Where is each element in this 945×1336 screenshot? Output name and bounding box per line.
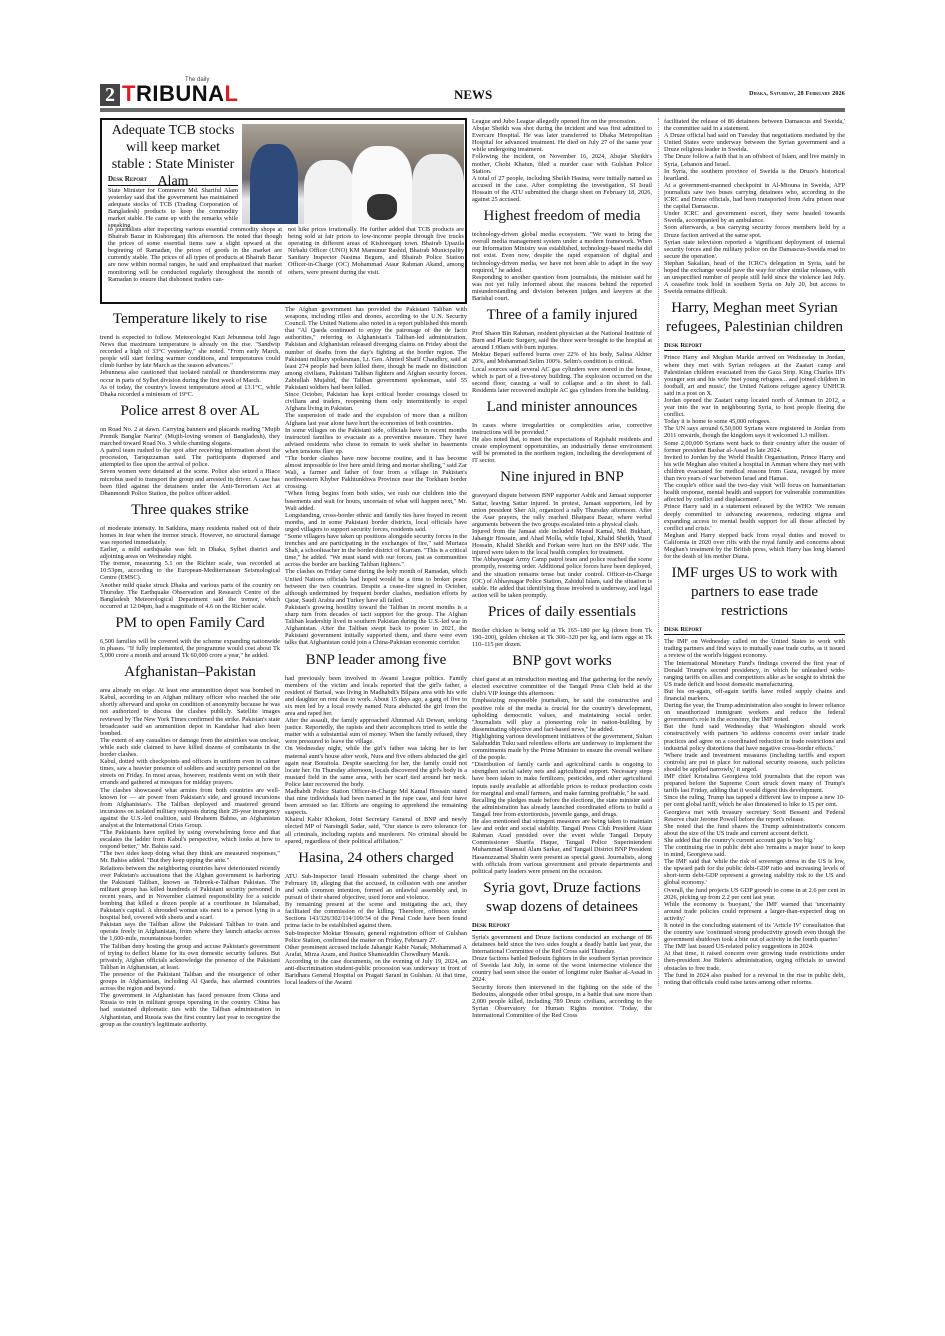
article-paragraph: After the assault, the family approached…: [285, 717, 467, 745]
article-paragraph: In Syria, the southern province of Sweid…: [664, 168, 845, 182]
article-headline: BNP govt works: [472, 652, 652, 671]
article-paragraph: Under ICRC and government escort, they w…: [664, 210, 845, 224]
article-paragraph: Syrian state television reported a 'sign…: [664, 239, 845, 260]
article-paragraph: The Afghan government has provided the P…: [285, 306, 467, 391]
article-paragraph: It noted in the concluding statement of …: [664, 922, 845, 943]
lead-body-right: not hike prices irrationally. He further…: [288, 226, 464, 276]
article: Land minister announcesIn cases where ir…: [472, 398, 652, 465]
article-paragraph: She added that the country's current acc…: [664, 837, 845, 844]
article-headline: Three of a family injured: [472, 306, 652, 325]
article-paragraph: The Abhaynagar Army Camp patrol team and…: [472, 556, 652, 599]
article-paragraph: 'Where trade and investment measures (in…: [664, 752, 845, 773]
article-paragraph: Sub-Inspector Moktar Hossain, general re…: [285, 930, 467, 944]
newspaper-logo: TRIBUNAL: [122, 82, 238, 106]
article-paragraph: Stephan Sakalian, head of the ICRC's del…: [664, 260, 845, 295]
article-paragraph: But the fund said Wednesday that Washing…: [664, 723, 845, 751]
article-paragraph: A Druze official had said on Tuesday tha…: [664, 132, 845, 153]
photo-figure: [304, 160, 354, 224]
article-paragraph: Today it is home to some 45,000 refugees…: [664, 418, 845, 425]
article-paragraph: Invited to Jordan by the World Health Or…: [664, 454, 845, 482]
article-paragraph: The IMF said that 'while the risk of sov…: [664, 858, 845, 886]
article-paragraph: On Wednesday night, while the girl's fat…: [285, 745, 467, 788]
article-paragraph: In some villages on the Pakistani side, …: [285, 427, 467, 455]
article-paragraph: The fund in 2024 also pushed for a rever…: [664, 972, 845, 986]
article-paragraph: By remaining present at the scene and in…: [285, 901, 467, 929]
article-paragraph: Broiler chicken is being sold at Tk 165–…: [472, 627, 652, 648]
column-2: The Afghan government has provided the P…: [285, 306, 467, 986]
article-headline: BNP leader among five: [285, 651, 467, 670]
column-1: Temperature likely to risetrend is expec…: [100, 306, 280, 1028]
article-paragraph: Following the incident, on November 16, …: [472, 153, 652, 174]
article-headline: Highest freedom of media: [472, 207, 652, 226]
article-paragraph: Other prominent accused include Jahangir…: [285, 944, 467, 958]
article-paragraph: Jebunnesa also cautioned that isolated r…: [100, 369, 280, 383]
article-paragraph: Relations between the neighboring countr…: [100, 865, 280, 922]
article-headline: Temperature likely to rise: [100, 310, 280, 329]
article: Temperature likely to risetrend is expec…: [100, 310, 280, 398]
article-paragraph: The suspension of trade and the expulsio…: [285, 412, 467, 426]
article-headline: IMF urges US to work with partners to ea…: [664, 564, 845, 621]
article-paragraph: She noted that the fund shares the Trump…: [664, 823, 845, 837]
lead-byline: Desk Report: [108, 175, 238, 186]
article-paragraph: But his on-again, off-again tariffs have…: [664, 688, 845, 702]
article-paragraph: A total of 27 people, including Sheikh H…: [472, 175, 652, 203]
column-4: facilitated the release of 86 detainees …: [658, 118, 845, 986]
article-paragraph: League and Jubo League allegedly opened …: [472, 118, 652, 125]
article-paragraph: According to the case documents, on the …: [285, 958, 467, 986]
article-paragraph: Since October, Pakistan has kept critica…: [285, 391, 467, 412]
article-paragraph: "The Pakistanis have replied by using ov…: [100, 829, 280, 850]
masthead: 2 TRIBUNAL The daily NEWS Dhaka, Saturda…: [100, 78, 845, 106]
article: Nine injured in BNPgraveyard dispute bet…: [472, 468, 652, 598]
article-paragraph: of moderate intensity. In Satkhira, many…: [100, 525, 280, 546]
article-paragraph: "Distribution of family cards and agricu…: [472, 761, 652, 796]
article: The Afghan government has provided the P…: [285, 306, 467, 647]
article-paragraph: While the economy is 'buoyant,' the IMF …: [664, 901, 845, 922]
article-byline: Desk Report: [664, 626, 845, 635]
article: IMF urges US to work with partners to ea…: [664, 564, 845, 986]
article-paragraph: area already on edge. At least one ammun…: [100, 687, 280, 737]
article-paragraph: Some 2,00,000 Syrians went back to their…: [664, 440, 845, 454]
section-title: NEWS: [454, 87, 492, 103]
article-paragraph: The presence of the Pakistani Taliban an…: [100, 971, 280, 992]
article-paragraph: "The border clashes have now become rout…: [285, 455, 467, 490]
article-paragraph: He also mentioned that stringent measure…: [472, 818, 652, 875]
article-headline: PM to open Family Card: [100, 614, 280, 633]
article-paragraph: Since the ruling, Trump has tapped a dif…: [664, 794, 845, 808]
article-paragraph: Prince Harry and Meghan Markle arrived o…: [664, 354, 845, 397]
article: BNP govt workschief guest at an introduc…: [472, 652, 652, 875]
article-paragraph: trend is expected to follow. Meteorologi…: [100, 334, 280, 369]
article-headline: Harry, Meghan meet Syrian refugees, Pale…: [664, 299, 845, 337]
article-headline: Prices of daily essentials: [472, 603, 652, 622]
article-paragraph: facilitated the release of 86 detainees …: [664, 118, 845, 132]
article-paragraph: Injured from the Jamaat side included Ma…: [472, 528, 652, 556]
photo-figure: [412, 154, 464, 224]
article: Prices of daily essentialsBroiler chicke…: [472, 603, 652, 648]
article: PM to open Family Card6,500 families wil…: [100, 614, 280, 659]
article-paragraph: Seven women were detained at the scene. …: [100, 468, 280, 496]
article-paragraph: Security forces then intervened in the f…: [472, 984, 652, 1019]
article-headline: Syria govt, Druze factions swap dozens o…: [472, 879, 652, 917]
article-paragraph: "Some villagers have taken up positions …: [285, 533, 467, 568]
article-paragraph: Recalling the pledges made before the el…: [472, 797, 652, 818]
article-paragraph: technology-driven global media ecosystem…: [472, 231, 652, 274]
article-headline: Three quakes strike: [100, 501, 280, 520]
article-paragraph: chief guest at an introduction meeting a…: [472, 676, 652, 697]
page-content: Adequate TCB stocks will keep market sta…: [100, 112, 845, 1252]
article: Three quakes strikeof moderate intensity…: [100, 501, 280, 610]
article-paragraph: 6,500 families will be covered with the …: [100, 638, 280, 659]
article: Afghanistan–Pakistanarea already on edge…: [100, 663, 280, 1028]
article-paragraph: Kabul, dotted with checkpoints and offic…: [100, 758, 280, 786]
lead-intro: State Minister for Commerce Md. Shariful…: [108, 187, 238, 230]
article-byline: Desk Report: [472, 922, 652, 931]
logo-tagline: The daily: [185, 77, 209, 83]
article-paragraph: Highlighting various development initiat…: [472, 733, 652, 761]
article-paragraph: Overall, the fund projects US GDP growth…: [664, 887, 845, 901]
article-headline: Land minister announces: [472, 398, 652, 417]
article-paragraph: Khairul Kabir Khokon, Joint Secretary Ge…: [285, 816, 467, 844]
lead-photo: [242, 124, 464, 224]
article-headline: Hasina, 24 others charged: [285, 849, 467, 868]
article-paragraph: Earlier, a mild earthquake was felt in D…: [100, 546, 280, 560]
article-paragraph: As of today, the country's lowest temper…: [100, 384, 280, 398]
photo-figure: [250, 144, 298, 224]
article-paragraph: During the year, the Trump administratio…: [664, 702, 845, 723]
article-paragraph: The IMF last issued US-related policy su…: [664, 943, 845, 950]
article-paragraph: "When firing begins from both sides, we …: [285, 490, 467, 511]
article-paragraph: The IMF on Wednesday called on the Unite…: [664, 638, 845, 659]
dateline: Dhaka, Saturday, 28 February 2026: [749, 91, 845, 97]
article: Harry, Meghan meet Syrian refugees, Pale…: [664, 299, 845, 560]
article-headline: Afghanistan–Pakistan: [100, 663, 280, 682]
article-paragraph: Moktar Bepari suffered burns over 22% of…: [472, 351, 652, 365]
article-paragraph: Meghan and Harry stepped back from royal…: [664, 532, 845, 560]
article-paragraph: In cases where irregularities or complex…: [472, 422, 652, 436]
article: Syria govt, Druze factions swap dozens o…: [472, 879, 652, 1019]
article-paragraph: Syria's government and Druze factions co…: [472, 934, 652, 955]
article-paragraph: Jordan opened the Zaatari camp located n…: [664, 397, 845, 418]
article-paragraph: The government in Afghanistan has faced …: [100, 992, 280, 1027]
column-3: League and Jubo League allegedly opened …: [472, 118, 652, 1019]
article-paragraph: The clashes showcased what armies from b…: [100, 787, 280, 830]
article-paragraph: The UN says around 6,50,000 Syrians were…: [664, 425, 845, 439]
article: League and Jubo League allegedly opened …: [472, 118, 652, 203]
article-paragraph: Druze factions battled Bedouin fighters …: [472, 955, 652, 983]
article-paragraph: Prof Shaon Bin Rahman, resident physicia…: [472, 330, 652, 351]
article-paragraph: Local sources said several AC gas cylind…: [472, 366, 652, 394]
article: Hasina, 24 others chargedATU Sub-Inspect…: [285, 849, 467, 987]
article-paragraph: Prince Harry said in a statement release…: [664, 503, 845, 531]
article-paragraph: Abujar Sheikh was shot during the incide…: [472, 125, 652, 153]
article-paragraph: Another mild quake struck Dhaka and vari…: [100, 582, 280, 610]
article-paragraph: Madhabdi Police Station Officer-in-Charg…: [285, 788, 467, 816]
page-number: 2: [100, 84, 120, 106]
article: Police arrest 8 over ALon Road No. 2 at …: [100, 402, 280, 497]
article: Three of a family injuredProf Shaon Bin …: [472, 306, 652, 394]
article-headline: Police arrest 8 over AL: [100, 402, 280, 421]
article-paragraph: At that time, it raised concern over gro…: [664, 950, 845, 971]
article-paragraph: IMF chief Kristalina Georgieva told jour…: [664, 773, 845, 794]
article-paragraph: had previously been involved in Awami Le…: [285, 675, 467, 718]
article-paragraph: Soon afterwards, a bus carrying security…: [664, 224, 845, 238]
article-paragraph: Emphasizing responsible journalism, he s…: [472, 697, 652, 732]
microphones: [367, 194, 397, 220]
article-paragraph: Pakistan says the Taliban allow the Paki…: [100, 921, 280, 942]
article: Highest freedom of mediatechnology-drive…: [472, 207, 652, 302]
article-paragraph: The continuing rise in public debt also …: [664, 844, 845, 858]
article-paragraph: on Road No. 2 at dawn. Carrying banners …: [100, 426, 280, 447]
article-paragraph: Pakistan's growing hostility toward the …: [285, 604, 467, 647]
article: facilitated the release of 86 detainees …: [664, 118, 845, 295]
article-paragraph: The Taliban deny hosting the group and a…: [100, 943, 280, 971]
newspaper-page: 2 TRIBUNAL The daily NEWS Dhaka, Saturda…: [100, 78, 845, 1252]
lead-body-left: to journalists after inspecting various …: [108, 226, 282, 283]
article-paragraph: A patrol team rushed to the spot after r…: [100, 447, 280, 468]
article-paragraph: The tremor, measuring 5.1 on the Richter…: [100, 560, 280, 581]
article-paragraph: graveyard dispute between BNP supporter …: [472, 492, 652, 527]
article-paragraph: The couple's office said the two-day vis…: [664, 482, 845, 503]
article-paragraph: He also noted that, to meet the expectat…: [472, 436, 652, 464]
article-paragraph: The clashes on Friday came during the ho…: [285, 568, 467, 603]
article-paragraph: Longstanding, cross-border ethnic and fa…: [285, 512, 467, 533]
article-headline: Nine injured in BNP: [472, 468, 652, 487]
article-paragraph: "The two sides keep doing what they thin…: [100, 850, 280, 864]
article-paragraph: The International Monetary Fund's findin…: [664, 660, 845, 688]
article: BNP leader among fivehad previously been…: [285, 651, 467, 845]
article-byline: Desk Report: [664, 342, 845, 351]
article-paragraph: ATU Sub-Inspector Israil Hossain submitt…: [285, 873, 467, 901]
lead-story: Adequate TCB stocks will keep market sta…: [100, 118, 467, 304]
article-paragraph: At a government-manned checkpoint in Al-…: [664, 182, 845, 210]
article-paragraph: The extent of any casualties or damage f…: [100, 737, 280, 758]
article-paragraph: The Druze follow a faith that is an offs…: [664, 153, 845, 167]
article-paragraph: Responding to another question from jour…: [472, 274, 652, 302]
article-paragraph: Georgieva met with treasury secretary Sc…: [664, 809, 845, 823]
